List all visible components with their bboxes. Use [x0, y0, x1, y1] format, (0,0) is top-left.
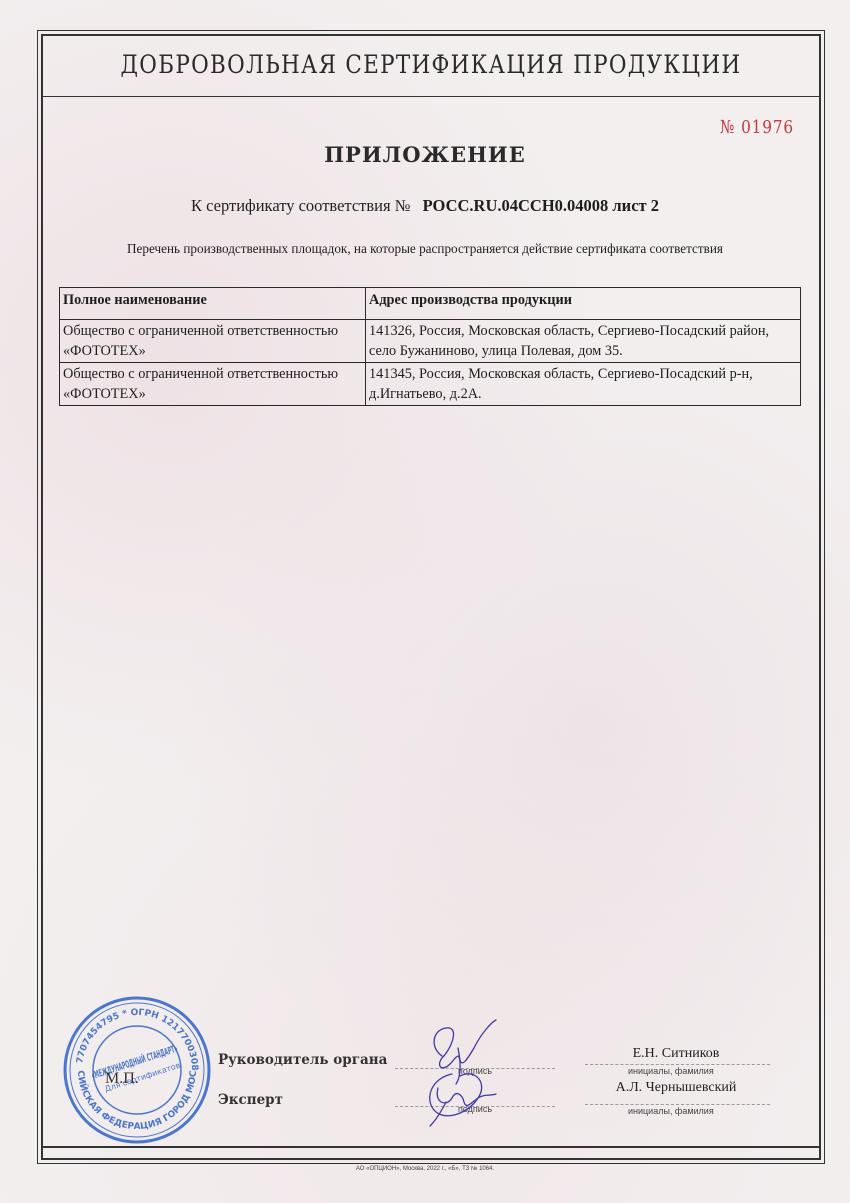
head-name: Е.Н. Ситников	[566, 1046, 786, 1062]
handwritten-signature-icon	[412, 1018, 502, 1128]
appendix-title: ПРИЛОЖЕНИЕ	[0, 142, 850, 167]
table-row: Общество с ограниченной ответственностью…	[60, 363, 801, 406]
list-caption: Перечень производственных площадок, на к…	[0, 241, 850, 257]
expert-name: А.Л. Чернышевский	[566, 1080, 786, 1096]
expert-role-label: Эксперт	[218, 1092, 283, 1108]
site-name-cell: Общество с ограниченной ответственностью…	[60, 320, 366, 363]
head-name-caption: инициалы, фамилия	[628, 1066, 714, 1076]
head-role-label: Руководитель органа	[218, 1052, 387, 1068]
expert-name-line	[585, 1104, 770, 1105]
footer-rule	[43, 1146, 819, 1148]
production-sites-table: Полное наименование Адрес производства п…	[59, 287, 801, 406]
certificate-reference-label: К сертификату соответствия №	[191, 196, 410, 215]
column-header-address: Адрес производства продукции	[366, 288, 801, 320]
certificate-reference-number: РОСС.RU.04ССН0.04008 лист 2	[423, 196, 659, 215]
certificate-reference: К сертификату соответствия № РОСС.RU.04С…	[0, 196, 850, 216]
document-header-title: ДОБРОВОЛЬНАЯ СЕРТИФИКАЦИЯ ПРОДУКЦИИ	[97, 50, 764, 79]
printer-note: АО «ОПЦИОН», Москва, 2022 г., «Б», ТЗ № …	[0, 1166, 850, 1172]
site-address-cell: 141345, Россия, Московская область, Серг…	[366, 363, 801, 406]
table-header-row: Полное наименование Адрес производства п…	[60, 288, 801, 320]
form-number: № 01976	[720, 117, 794, 138]
site-name-cell: Общество с ограниченной ответственностью…	[60, 363, 366, 406]
table-row: Общество с ограниченной ответственностью…	[60, 320, 801, 363]
site-address-cell: 141326, Россия, Московская область, Серг…	[366, 320, 801, 363]
column-header-name: Полное наименование	[60, 288, 366, 320]
expert-name-caption: инициалы, фамилия	[628, 1106, 714, 1116]
header-band: ДОБРОВОЛЬНАЯ СЕРТИФИКАЦИЯ ПРОДУКЦИИ	[43, 36, 819, 97]
stamp-placeholder-label: М.П.	[105, 1070, 139, 1088]
head-name-line	[585, 1064, 770, 1065]
